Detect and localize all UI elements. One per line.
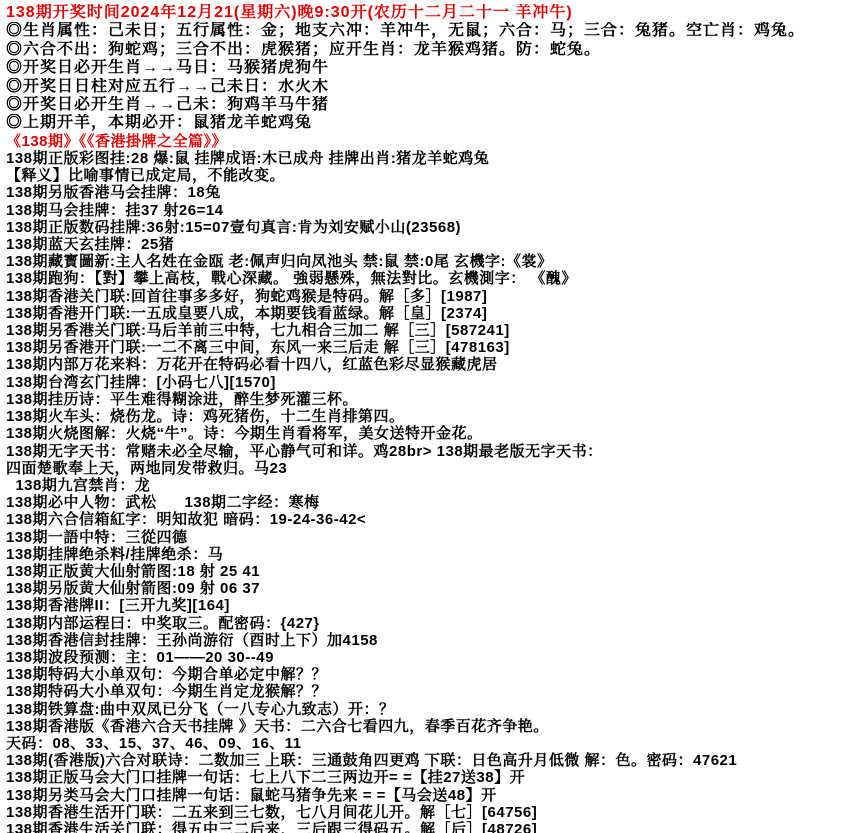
text-line: 138期火车头：烧伤龙。诗：鸡死猪伤，十二生肖排第四。 xyxy=(0,408,845,425)
text-line: 138期正版彩图挂:28 爆:鼠 挂牌成语:木已成舟 挂牌出肖:猪龙羊蛇鸡兔 xyxy=(0,150,845,167)
text-line: 138期香港牌II：[三开九奖][164] xyxy=(0,597,845,614)
text-line: 138期跑狗：【對】攀上高枝，戰心深藏。 強弱懸殊，無法對比。玄機測字： 《醜》 xyxy=(0,270,845,287)
text-line: 138期正版黄大仙射箭图:18 射 25 41 xyxy=(0,563,845,580)
text-line: 138期另香港关门联:马后羊前三中特，七九相合三加二 解［三］[587241] xyxy=(0,322,845,339)
text-line: 138期九宫禁肖：龙 xyxy=(0,477,845,494)
text-line: ◎生肖属性：己未日；五行属性：金；地支六冲：羊冲牛，无鼠；六合：马；三合：兔猪。… xyxy=(0,22,845,40)
text-line: 138期香港版《香港六合天书挂牌 》天书：二六合七看四九，春季百花齐争艳。 xyxy=(0,718,845,735)
text-line: 【释义】比喻事情已成定局，不能改变。 xyxy=(0,167,845,184)
text-line: 138期波段预测：主：01——20 30--49 xyxy=(0,649,845,666)
text-line: 138期正版数码挂牌:36射:15=07壹句真言:肯为刘安赋小山(23568) xyxy=(0,219,845,236)
text-line: 138期蓝天玄挂牌：25猪 xyxy=(0,236,845,253)
heading-line: 138期开奖时间2024年12月21(星期六)晚9:30开(农历十二月二十一 羊… xyxy=(0,4,845,22)
text-line: 138期香港信封挂牌：王孙尚游衍（酉时上下）加4158 xyxy=(0,632,845,649)
text-line: 138期无字天书：常赌未必全尽输，平心静气可和详。鸡28br> 138期最老版无… xyxy=(0,443,845,460)
text-line: 138期内部运程曰：中奖取三。配密码：{427} xyxy=(0,615,845,632)
text-line: ◎开奖日必开生肖→→马日：马猴猪虎狗牛 xyxy=(0,59,845,77)
text-line: ◎开奖日日柱对应五行→→己未日：水火木 xyxy=(0,78,845,96)
text-line: 138期另香港开门联:一二不离三中间，东风一来三后走 解［三］[478163] xyxy=(0,339,845,356)
text-line: 天码：08、33、15、37、46、09、16、11 xyxy=(0,735,845,752)
text-line: 138期马会挂牌：挂37 射26=14 xyxy=(0,202,845,219)
text-line: 138期另版黄大仙射箭图:09 射 06 37 xyxy=(0,580,845,597)
text-line: 138期挂历诗：平生难得糊涂进，醉生梦死灌三杯。 xyxy=(0,391,845,408)
text-line: 138期内部万花来料：万花开在特码必看十四八，红蓝色彩尽显猴藏虎居 xyxy=(0,356,845,373)
text-line: 138期香港开门联:一五成皇要八成，本期要钱看蓝绿。解［皇］[2374] xyxy=(0,305,845,322)
text-line: 138期必中人物：武松 138期二字经：寒梅 xyxy=(0,494,845,511)
text-line: 138期香港生活关门联：得五中三二后来，三后跟三得码五。解［后］[48726] xyxy=(0,821,845,833)
text-line: 138期挂牌绝杀料/挂牌绝杀：马 xyxy=(0,546,845,563)
text-line: ◎六合不出：狗蛇鸡；三合不出：虎猴猪；应开生肖：龙羊猴鸡猪。防：蛇兔。 xyxy=(0,41,845,59)
text-line: 138期(香港版)六合对联诗：二数加三 上联：三通鼓角四更鸡 下联：日色高升月低… xyxy=(0,752,845,769)
text-line: ◎开奖日必开生肖→→己未：狗鸡羊马牛猪 xyxy=(0,96,845,114)
text-line: ◎上期开羊，本期必开：鼠猪龙羊蛇鸡兔 xyxy=(0,114,845,132)
text-line: 四面楚歌奉上天，两地同发带救归。马23 xyxy=(0,460,845,477)
text-line: 138期铁算盘:曲中双凤已分飞（一八专心九致志）开：？ xyxy=(0,701,845,718)
text-line: 138期藏寳圖新:主人名姓在金瓯 老:佩声归向凤池头 禁:鼠 禁:0尾 玄機字:… xyxy=(0,253,845,270)
content-lines: 138期开奖时间2024年12月21(星期六)晚9:30开(农历十二月二十一 羊… xyxy=(0,4,845,833)
text-line: 138期香港生活开门联：二五来到三七数，七八月间花儿开。解［七］[64756] xyxy=(0,804,845,821)
text-line: 138期六合信箱紅字：明知故犯 暗码：19-24-36-42< xyxy=(0,511,845,528)
text-line: 138期特码大小单双句：今期生肖定龙猴解？？ xyxy=(0,683,845,700)
text-line: 138期香港关门联:回首往事多多好，狗蛇鸡猴是特码。解［多］[1987] xyxy=(0,288,845,305)
text-line: 138期另类马会大门口挂牌一句话：鼠蛇马猪争先来 = =【马会送48】开 xyxy=(0,787,845,804)
heading-line: 《138期》《《香港掛牌之全篇》》 xyxy=(0,133,845,150)
lottery-info-page: 138期开奖时间2024年12月21(星期六)晚9:30开(农历十二月二十一 羊… xyxy=(0,0,845,833)
text-line: 138期特码大小单双句：今期合单必定中解？？ xyxy=(0,666,845,683)
text-line: 138期一語中特：三從四德 xyxy=(0,529,845,546)
text-line: 138期台湾玄门挂牌：[小码七八][1570] xyxy=(0,374,845,391)
text-line: 138期另版香港马会挂牌：18兔 xyxy=(0,184,845,201)
text-line: 138期正版马会大门口挂牌一句话：七上八下二三两边开= =【挂27送38】开 xyxy=(0,769,845,786)
text-line: 138期火烧图解：火烧“牛”。诗：今期生肖看将军，美女送特开金花。 xyxy=(0,425,845,442)
